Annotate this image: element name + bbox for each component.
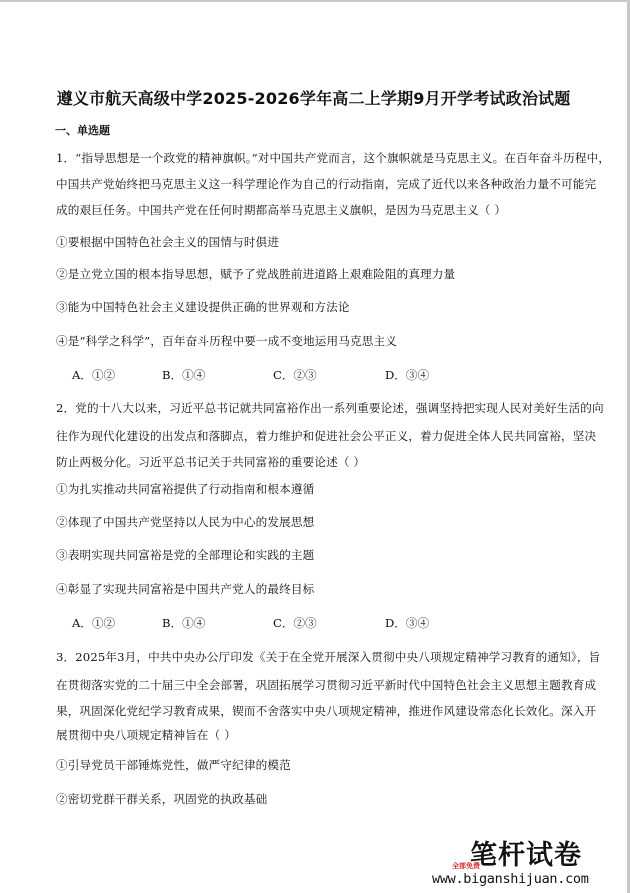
watermark-brand: 笔杆试卷 bbox=[470, 833, 582, 872]
statement-item: ③能为中国特色社会主义建设提供正确的世界观和方法论 bbox=[56, 299, 350, 315]
statement-item: ①引导党员干部锤炼党性，做严守纪律的模范 bbox=[56, 757, 291, 773]
statement-item: ①要根据中国特色社会主义的国情与时俱进 bbox=[56, 234, 279, 250]
question-stem-line: 果，巩固深化党纪学习教育成果，锲而不舍落实中央八项规定精神，推进作风建设常态化长… bbox=[56, 703, 596, 719]
statement-item: ①为扎实推动共同富裕提供了行动指南和根本遵循 bbox=[56, 481, 314, 497]
choice-d[interactable]: D．③④ bbox=[385, 615, 429, 631]
statement-item: ④是“科学之科学”，百年奋斗历程中要一成不变地运用马克思主义 bbox=[56, 333, 397, 349]
watermark-url: www.biganshijuan.com bbox=[432, 871, 589, 887]
watermark-logo: 笔杆试卷 全部免费 www.biganshijuan.com bbox=[430, 833, 610, 889]
choice-b[interactable]: B．①④ bbox=[162, 615, 205, 631]
choice-a[interactable]: A．①② bbox=[72, 615, 115, 631]
document-title: 遵义市航天高级中学2025-2026学年高二上学期9月开学考试政治试题 bbox=[0, 86, 627, 109]
question-stem-line: 1．“指导思想是一个政党的精神旗帜。”对中国共产党而言，这个旗帜就是马克思主义。… bbox=[56, 150, 610, 166]
question-stem-line: 在贯彻落实党的二十届三中全会部署，巩固拓展学习贯彻习近平新时代中国特色社会主义思… bbox=[56, 677, 596, 693]
question-stem-line: 中国共产党始终把马克思主义这一科学理论作为自己的行动指南，完成了近代以来各种政治… bbox=[56, 176, 596, 192]
question-stem-line: 往作为现代化建设的出发点和落脚点，着力维护和促进社会公平正义，着力促进全体人民共… bbox=[56, 428, 596, 444]
question-stem-line: 2．党的十八大以来，习近平总书记就共同富裕作出一系列重要论述，强调坚持把实现人民… bbox=[56, 400, 604, 416]
statement-item: ④彰显了实现共同富裕是中国共产党人的最终目标 bbox=[56, 581, 314, 597]
choice-d[interactable]: D．③④ bbox=[385, 367, 429, 383]
question-stem-line: 3．2025年3月，中共中央办公厅印发《关于在全党开展深入贯彻中央八项规定精神学… bbox=[56, 649, 600, 665]
choice-c[interactable]: C．②③ bbox=[273, 615, 317, 631]
watermark-tag: 全部免费 bbox=[452, 861, 480, 871]
question-stem-line: 展贯彻中央八项规定精神旨在（ ） bbox=[56, 727, 236, 743]
choice-a[interactable]: A．①② bbox=[72, 367, 115, 383]
section-heading: 一、单选题 bbox=[55, 122, 110, 138]
statement-item: ②体现了中国共产党坚持以人民为中心的发展思想 bbox=[56, 514, 314, 530]
document-page: 遵义市航天高级中学2025-2026学年高二上学期9月开学考试政治试题 一、单选… bbox=[0, 0, 627, 893]
statement-item: ②密切党群干群关系，巩固党的执政基础 bbox=[56, 791, 267, 807]
question-stem-line: 成的艰巨任务。中国共产党在任何时期都高举马克思主义旗帜，是因为马克思主义（ ） bbox=[56, 202, 506, 218]
question-stem-line: 防止两极分化。习近平总书记关于共同富裕的重要论述（ ） bbox=[56, 454, 365, 470]
statement-item: ②是立党立国的根本指导思想，赋予了党战胜前进道路上艰难险阻的真理力量 bbox=[56, 266, 455, 282]
choice-c[interactable]: C．②③ bbox=[273, 367, 317, 383]
statement-item: ③表明实现共同富裕是党的全部理论和实践的主题 bbox=[56, 547, 314, 563]
choice-b[interactable]: B．①④ bbox=[162, 367, 205, 383]
